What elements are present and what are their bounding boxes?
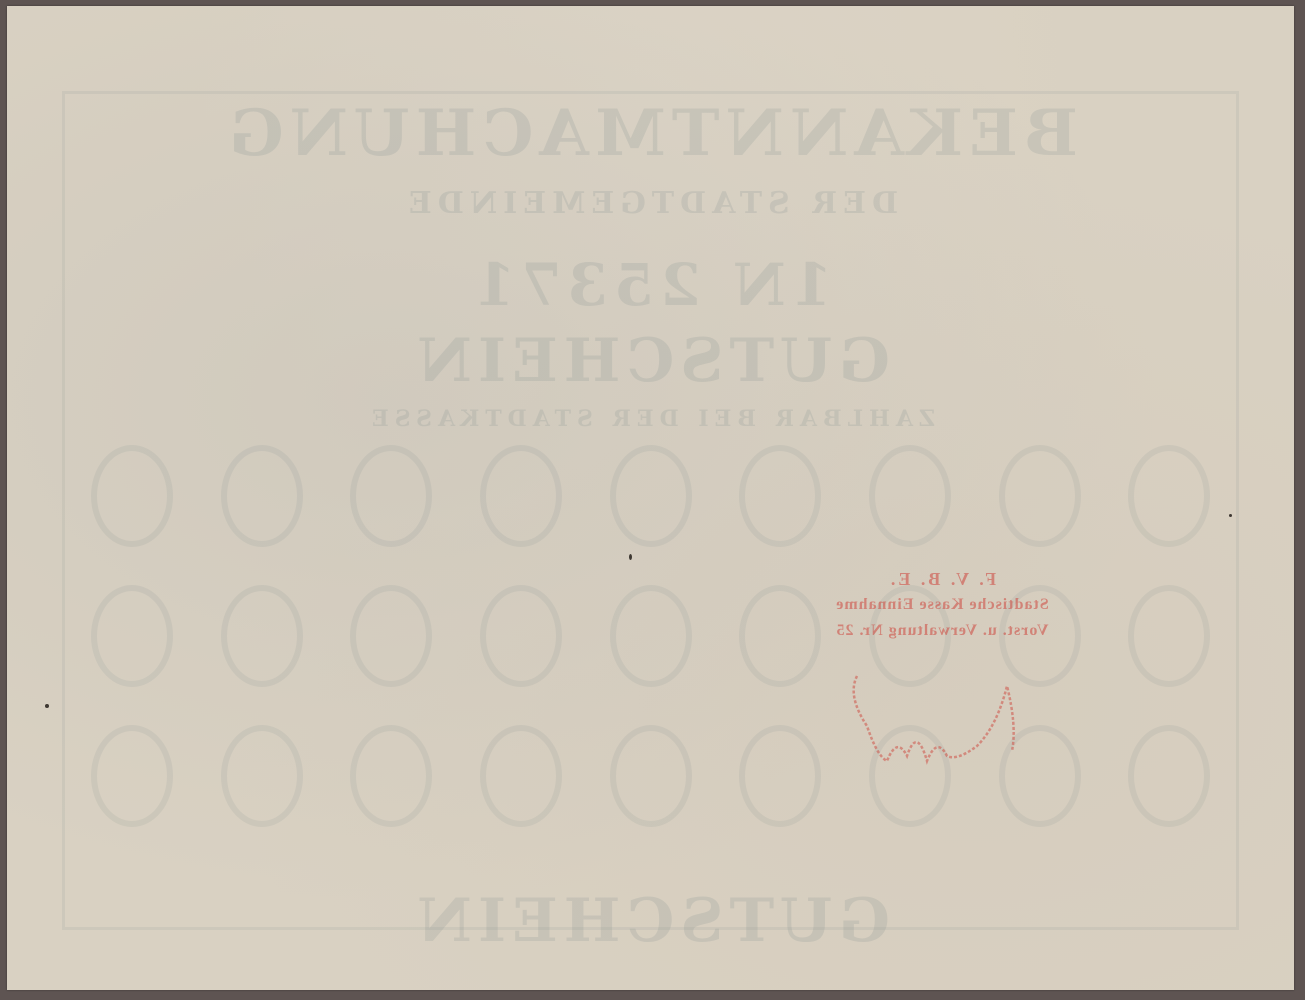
paper-speck (1229, 514, 1232, 517)
ghost-serial-number: 1N 25371 (47, 251, 1254, 319)
ghost-subheading: DER STADTGEMEINDE (47, 186, 1254, 221)
paper-speck (45, 704, 49, 708)
paper-speck (629, 554, 632, 560)
signature-icon (847, 666, 1027, 776)
ghost-heading: BEKANNTMACHUNG (47, 96, 1254, 171)
ghost-title: GUTSCHEIN (47, 326, 1254, 396)
stamp-line-2: Stadtische Kasse Einnahme (777, 592, 1107, 618)
ghost-footer: GUTSCHEIN (47, 886, 1254, 956)
stamp-line-3: Vorst. u. Verwaltung Nr. 25 (777, 618, 1107, 644)
stamp-line-1: F. V. B. E. (777, 566, 1107, 592)
mirrored-show-through-print: BEKANNTMACHUNG DER STADTGEMEINDE 1N 2537… (7, 6, 1294, 990)
red-stamp: F. V. B. E. Stadtische Kasse Einnahme Vo… (777, 566, 1107, 644)
document-paper: BEKANNTMACHUNG DER STADTGEMEINDE 1N 2537… (7, 6, 1294, 990)
